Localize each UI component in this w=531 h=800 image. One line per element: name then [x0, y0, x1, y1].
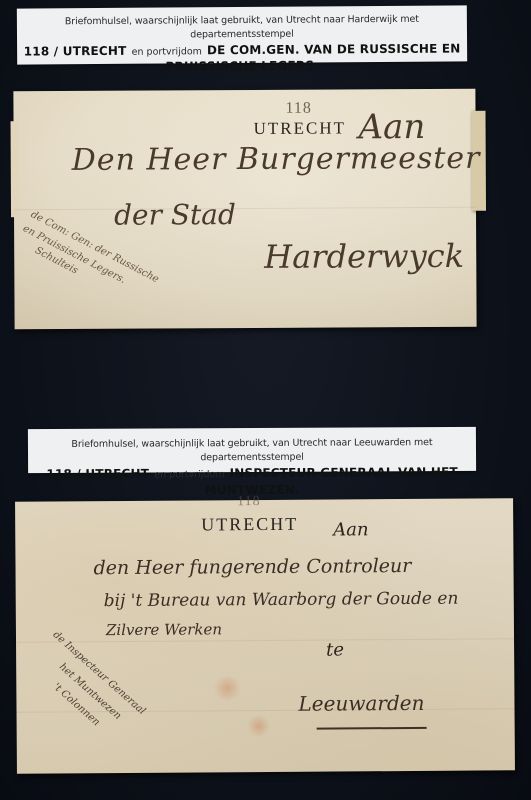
departement-stamp-city: UTRECHT	[254, 118, 346, 138]
exhibit-2-letter-cover: 118 UTRECHT Aan den Heer fungerende Cont…	[15, 498, 515, 773]
address-line-1: Den Heer Burgermeester	[72, 141, 481, 178]
departement-stamp-number: 118	[285, 100, 312, 118]
address-te: te	[326, 639, 344, 660]
caption-connector: en portvrijdom	[154, 469, 224, 480]
departement-stamp-city: UTRECHT	[201, 514, 298, 536]
address-aan: Aan	[333, 519, 368, 540]
exhibit-1-letter-cover: 118 UTRECHT Aan Den Heer Burgermeester d…	[13, 89, 476, 329]
caption-description: Briefomhulsel, waarschijnlijk laat gebru…	[28, 436, 476, 466]
address-line-3: Zilvere Werken	[106, 620, 222, 639]
address-line-2: bij 't Bureau van Waarborg der Goude en	[104, 589, 459, 611]
address-city: Harderwyck	[264, 237, 464, 276]
caption-connector: en portvrijdom	[132, 46, 202, 57]
paper-stain	[247, 715, 271, 737]
paper-stain	[212, 676, 242, 700]
caption-franchise: DE COM.GEN. VAN DE RUSSISCHE EN	[207, 41, 461, 57]
city-underline	[317, 727, 427, 730]
fold-line	[16, 638, 514, 642]
address-line-2: der Stad	[114, 198, 236, 232]
departement-stamp-number: 118	[237, 494, 261, 510]
caption-stamp-label: 118 / UTRECHT	[24, 44, 127, 59]
caption-stamp-label: 118 / UTRECHT	[46, 467, 149, 482]
fold-line	[14, 207, 476, 210]
address-city: Leeuwarden	[298, 691, 424, 716]
exhibit-1-caption: Briefomhulsel, waarschijnlijk laat gebru…	[17, 5, 467, 64]
address-line-1: den Heer fungerende Controleur	[93, 555, 411, 579]
letter-left-fold	[11, 121, 20, 217]
exhibit-2-caption: Briefomhulsel, waarschijnlijk laat gebru…	[28, 427, 476, 473]
caption-franchise: INSPECTEUR GENERAAL VAN HET MUNTWEZEN.	[205, 465, 458, 497]
caption-description: Briefomhulsel, waarschijnlijk laat gebru…	[17, 12, 467, 43]
